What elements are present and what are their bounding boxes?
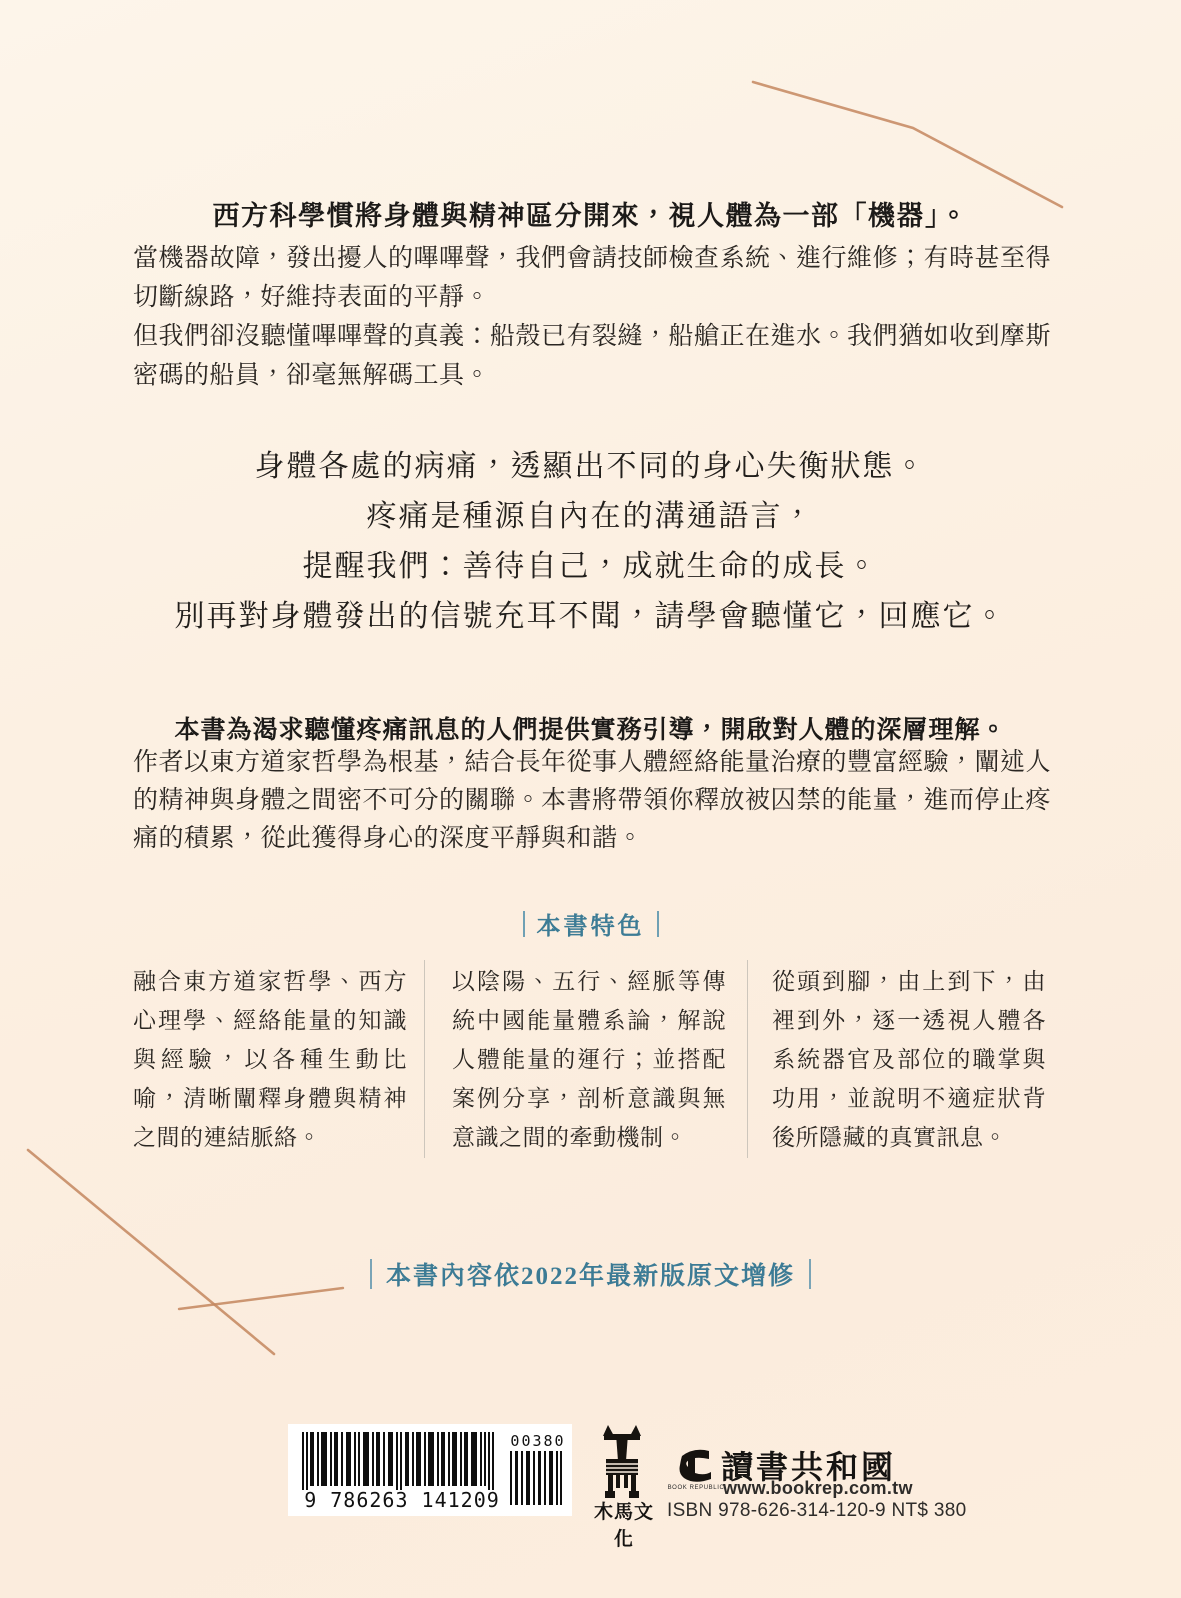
- quote-line-2: 疼痛是種源自內在的溝通語言，: [0, 492, 1181, 542]
- ean13-barcode: 9 786263 141209: [302, 1432, 502, 1495]
- feature-item-1: 融合東方道家哲學、西方心理學、經絡能量的知識與經驗，以各種生動比喻，清晰闡釋身體…: [133, 962, 407, 1157]
- quote-line-4: 別再對身體發出的信號充耳不聞，請學會聽懂它，回應它。: [0, 592, 1181, 642]
- barcode-bars-icon: [302, 1432, 498, 1490]
- feature-item-2: 以陰陽、五行、經脈等傳統中國能量體系論，解說人體能量的運行；並搭配案例分享，剖析…: [452, 962, 726, 1157]
- intro-paragraphs: 當機器故障，發出擾人的嗶嗶聲，我們會請技師檢查系統、進行維修；有時甚至得切斷線路…: [133, 239, 1051, 395]
- divider-bar: [370, 1259, 372, 1289]
- quote-line-3: 提醒我們：善待自己，成就生命的成長。: [0, 542, 1181, 592]
- about-paragraph: 作者以東方道家哲學為根基，結合長年從事人體經絡能量治療的豐富經驗，闡述人的精神與…: [133, 744, 1051, 858]
- about-paragraph-wrap: 作者以東方道家哲學為根基，結合長年從事人體經絡能量治療的豐富經驗，闡述人的精神與…: [133, 744, 1051, 858]
- book-republic-caption: BOOK REPUBLIC: [667, 1485, 725, 1491]
- barcode-addon: 00380: [510, 1432, 566, 1510]
- barcode-label: 9 786263 141209 00380: [288, 1424, 572, 1516]
- divider-bar: [809, 1259, 811, 1289]
- intro-paragraph-2: 但我們卻沒聽懂嗶嗶聲的真義：船殼已有裂縫，船艙正在進水。我們猶如收到摩斯密碼的船…: [133, 317, 1051, 395]
- book-back-cover: 西方科學慣將身體與精神區分開來，視人體為一部「機器」。 當機器故障，發出擾人的嗶…: [0, 0, 1181, 1598]
- barcode-number: 9 786263 141209: [292, 1488, 512, 1512]
- intro-paragraph-1: 當機器故障，發出擾人的嗶嗶聲，我們會請技師檢查系統、進行維修；有時甚至得切斷線路…: [133, 239, 1051, 317]
- intro-heading: 西方科學慣將身體與精神區分開來，視人體為一部「機器」。: [0, 194, 1181, 233]
- publisher-url: www.bookrep.com.tw: [723, 1478, 913, 1499]
- about-heading: 本書為渴求聽懂疼痛訊息的人們提供實務引導，開啟對人體的深層理解。: [0, 710, 1181, 746]
- divider-bar: [523, 911, 525, 937]
- barcode-addon-number: 00380: [510, 1432, 566, 1450]
- edition-note: 本書內容依2022年最新版原文增修: [386, 1256, 795, 1292]
- book-republic-logo-icon: [676, 1446, 714, 1489]
- quote-block: 身體各處的病痛，透顯出不同的身心失衡狀態。 疼痛是種源自內在的溝通語言， 提醒我…: [0, 442, 1181, 642]
- feature-item-3: 從頭到腳，由上到下，由裡到外，逐一透視人體各系統器官及部位的職掌與功用，並說明不…: [772, 962, 1046, 1157]
- quote-line-1: 身體各處的病痛，透顯出不同的身心失衡狀態。: [0, 442, 1181, 492]
- ecus-horse-logo-icon: [601, 1425, 643, 1504]
- isbn-price-line: ISBN 978-626-314-120-9 NT$ 380: [667, 1500, 966, 1522]
- features-label: 本書特色: [537, 906, 645, 941]
- column-divider: [424, 960, 425, 1158]
- column-divider: [747, 960, 748, 1158]
- imprint-name: 木馬文化: [586, 1497, 662, 1551]
- divider-bar: [657, 911, 659, 937]
- features-label-row: 本書特色: [0, 906, 1181, 941]
- edition-note-row: 本書內容依2022年最新版原文增修: [0, 1256, 1181, 1292]
- barcode-addon-bars-icon: [510, 1451, 562, 1505]
